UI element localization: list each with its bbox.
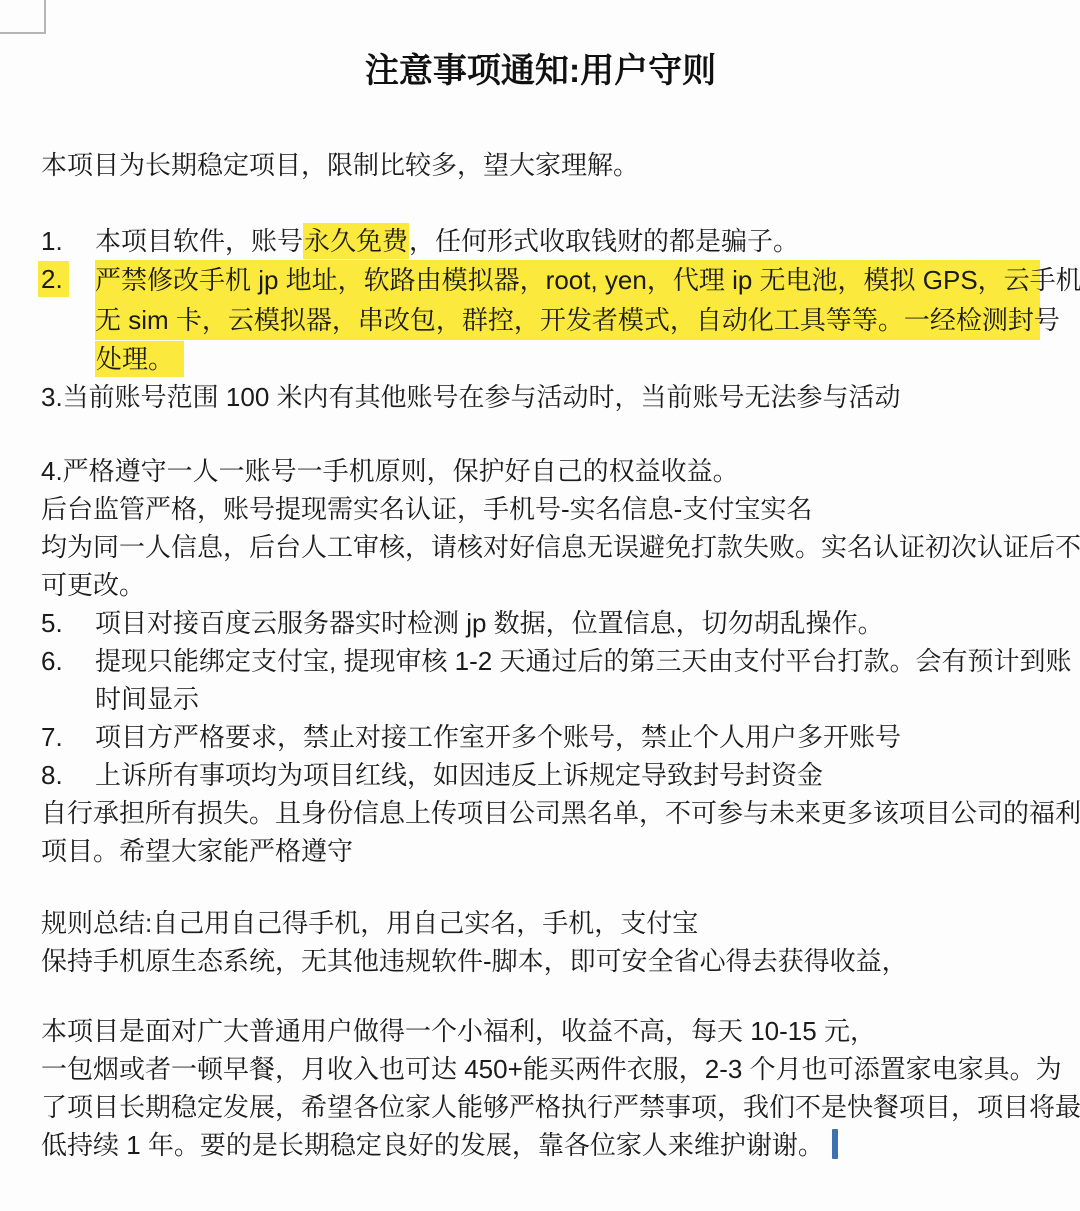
highlight-forever-free: 永久免费 (303, 223, 409, 259)
rule-8-number: 8. (41, 756, 95, 794)
highlight-rule-2-tail: 处理。 (95, 341, 184, 377)
rule-6-text: 提现只能绑定支付宝, 提现审核 1-2 天通过后的第三天由支付平台打款。会有预计… (95, 642, 1040, 718)
rule-2-line-3: 处理。 (95, 340, 1040, 378)
rule-6-line-2: 时间显示 (95, 680, 1040, 718)
rule-item-1: 1. 本项目软件，账号永久免费，任何形式收取钱财的都是骗子。 (41, 222, 1040, 260)
highlight-rule-2-number: 2. (38, 261, 69, 297)
document-editor-page[interactable]: 注意事项通知:用户守则 本项目为长期稳定项目，限制比较多，望大家理解。 1. 本… (0, 0, 1080, 1211)
rule-1-number: 1. (41, 222, 95, 260)
rule-item-2: 2. 严禁修改手机 jp 地址，软路由模拟器，root, yen，代理 ip 无… (41, 260, 1040, 378)
closing-line-2: 一包烟或者一顿早餐，月收入也可达 450+能买两件衣服，2-3 个月也可添置家电… (41, 1050, 1040, 1088)
rule-item-3: 3.当前账号范围 100 米内有其他账号在参与活动时，当前账号无法参与活动 (41, 378, 1040, 416)
page-corner-line-vertical (44, 0, 46, 33)
rule-7-text: 项目方严格要求，禁止对接工作室开多个账号，禁止个人用户多开账号 (95, 718, 1040, 756)
rule-item-7: 7. 项目方严格要求，禁止对接工作室开多个账号，禁止个人用户多开账号 (41, 718, 1040, 756)
closing-line-4-text: 低持续 1 年。要的是长期稳定良好的发展，靠各位家人来维护谢谢。 (41, 1130, 824, 1160)
rule-1-text-post: ，任何形式收取钱财的都是骗子。 (409, 226, 799, 256)
rule-7-number: 7. (41, 718, 95, 756)
rules-summary: 规则总结:自己用自己得手机，用自己实名，手机，支付宝 保持手机原生态系统，无其他… (41, 904, 1040, 980)
rule-item-6: 6. 提现只能绑定支付宝, 提现审核 1-2 天通过后的第三天由支付平台打款。会… (41, 642, 1040, 718)
rule-item-5: 5. 项目对接百度云服务器实时检测 jp 数据，位置信息，切勿胡乱操作。 (41, 604, 1040, 642)
summary-line-1: 规则总结:自己用自己得手机，用自己实名，手机，支付宝 (41, 904, 1040, 942)
rule-2-line-2: 无 sim 卡，云模拟器，串改包，群控，开发者模式，自动化工具等等。一经检测封号 (95, 300, 1040, 340)
rule-8-line-3: 项目。希望大家能严格遵守 (41, 832, 1040, 870)
closing-line-1: 本项目是面对广大普通用户做得一个小福利，收益不高，每天 10-15 元， (41, 1012, 1040, 1050)
rule-4-line-1: 4.严格遵守一人一账号一手机原则，保护好自己的权益收益。 (41, 452, 1040, 490)
rule-5-number: 5. (41, 604, 95, 642)
closing-paragraph: 本项目是面对广大普通用户做得一个小福利，收益不高，每天 10-15 元， 一包烟… (41, 1012, 1040, 1164)
summary-line-2: 保持手机原生态系统，无其他违规软件-脚本，即可安全省心得去获得收益， (41, 942, 1040, 980)
rule-2-text: 严禁修改手机 jp 地址，软路由模拟器，root, yen，代理 ip 无电池，… (95, 260, 1040, 378)
page-title: 注意事项通知:用户守则 (41, 0, 1040, 94)
rule-1-text: 本项目软件，账号永久免费，任何形式收取钱财的都是骗子。 (95, 222, 1040, 260)
rule-6-line-1: 提现只能绑定支付宝, 提现审核 1-2 天通过后的第三天由支付平台打款。会有预计… (95, 642, 1040, 680)
rule-item-4: 4.严格遵守一人一账号一手机原则，保护好自己的权益收益。 后台监管严格，账号提现… (41, 452, 1040, 604)
rule-4-line-2: 后台监管严格，账号提现需实名认证，手机号-实名信息-支付宝实名 (41, 490, 1040, 528)
page-corner-line-horizontal (0, 32, 46, 34)
rule-2-line-1: 严禁修改手机 jp 地址，软路由模拟器，root, yen，代理 ip 无电池，… (95, 260, 1040, 300)
closing-line-4: 低持续 1 年。要的是长期稳定良好的发展，靠各位家人来维护谢谢。 (41, 1126, 1040, 1164)
rule-4-line-4: 可更改。 (41, 566, 1040, 604)
rule-8-line-1: 上诉所有事项均为项目红线，如因违反上诉规定导致封号封资金 (95, 756, 1040, 794)
rule-1-text-pre: 本项目软件，账号 (95, 226, 303, 256)
intro-paragraph: 本项目为长期稳定项目，限制比较多，望大家理解。 (41, 146, 1040, 184)
rule-4-line-3: 均为同一人信息，后台人工审核，请核对好信息无误避免打款失败。实名认证初次认证后不 (41, 528, 1040, 566)
rule-item-8: 8. 上诉所有事项均为项目红线，如因违反上诉规定导致封号封资金 (41, 756, 1040, 794)
rule-8-line-2: 自行承担所有损失。且身份信息上传项目公司黑名单，不可参与未来更多该项目公司的福利 (41, 794, 1040, 832)
text-cursor (832, 1129, 838, 1159)
rule-5-text: 项目对接百度云服务器实时检测 jp 数据，位置信息，切勿胡乱操作。 (95, 604, 1040, 642)
closing-line-3: 了项目长期稳定发展，希望各位家人能够严格执行严禁事项，我们不是快餐项目，项目将最 (41, 1088, 1040, 1126)
rule-2-number: 2. (41, 260, 95, 378)
rule-6-number: 6. (41, 642, 95, 718)
